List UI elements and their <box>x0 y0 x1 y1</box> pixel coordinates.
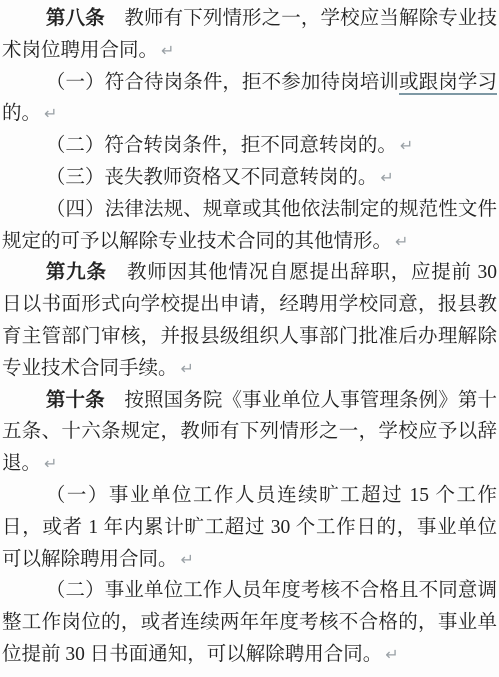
text-run: （二）事业单位工作人员年度考核不合格且不同意调整工作岗位的，或者连续两年年度考核… <box>2 580 497 665</box>
article-9-heading: 第九条 <box>46 262 107 283</box>
paragraph-mark-icon: ↵ <box>181 550 194 569</box>
text-run: （二）符合转岗条件，拒不同意转岗的。 <box>46 135 397 156</box>
paragraph-mark-icon: ↵ <box>44 454 57 473</box>
paragraph-article-8: 第八条 教师有下列情形之一，学校应当解除专业技术岗位聘用合同。↵ <box>2 3 497 67</box>
text-run: （三）丧失教师资格又不同意转岗的。 <box>46 167 378 188</box>
paragraph-clause-8-4: （四）法律法规、规章或其他依法制定的规范性文件规定的可予以解除专业技术合同的其他… <box>2 194 497 258</box>
paragraph-article-10: 第十条 按照国务院《事业单位人事管理条例》第十五条、十六条规定，教师有下列情形之… <box>2 385 497 480</box>
article-10-heading: 第十条 <box>46 390 105 411</box>
paragraph-mark-icon: ↵ <box>161 41 174 60</box>
article-8-heading: 第八条 <box>46 8 105 29</box>
paragraph-mark-icon: ↵ <box>385 645 398 664</box>
text-run: 的。 <box>2 103 41 124</box>
text-run: （四）法律法规、规章或其他依法制定的规范性文件规定的可予以解除专业技术合同的其他… <box>2 199 497 252</box>
paragraph-clause-10-1: （一）事业单位工作人员连续旷工超过 15 个工作日，或者 1 年内累计旷工超过 … <box>2 480 497 575</box>
paragraph-clause-8-1: （一）符合待岗条件，拒不参加待岗培训或跟岗学习的。↵ <box>2 67 497 131</box>
proofing-underlined-text: 或跟岗学习 <box>399 72 497 95</box>
paragraph-mark-icon: ↵ <box>395 232 408 251</box>
paragraph-mark-icon: ↵ <box>181 359 194 378</box>
text-run: （一）事业单位工作人员连续旷工超过 15 个工作日，或者 1 年内累计旷工超过 … <box>2 485 497 570</box>
paragraph-clause-10-2: （二）事业单位工作人员年度考核不合格且不同意调整工作岗位的，或者连续两年年度考核… <box>2 575 497 670</box>
paragraph-mark-icon: ↵ <box>44 104 57 123</box>
paragraph-article-9: 第九条 教师因其他情况自愿提出辞职，应提前 30 日以书面形式向学校提出申请，经… <box>2 257 497 384</box>
paragraph-mark-icon: ↵ <box>400 136 413 155</box>
text-run: （一）符合待岗条件，拒不参加待岗培训 <box>46 72 399 93</box>
paragraph-clause-8-3: （三）丧失教师资格又不同意转岗的。↵ <box>2 162 497 194</box>
document-page: 第八条 教师有下列情形之一，学校应当解除专业技术岗位聘用合同。↵ （一）符合待岗… <box>0 0 499 677</box>
paragraph-mark-icon: ↵ <box>380 168 393 187</box>
paragraph-clause-8-2: （二）符合转岗条件，拒不同意转岗的。↵ <box>2 130 497 162</box>
